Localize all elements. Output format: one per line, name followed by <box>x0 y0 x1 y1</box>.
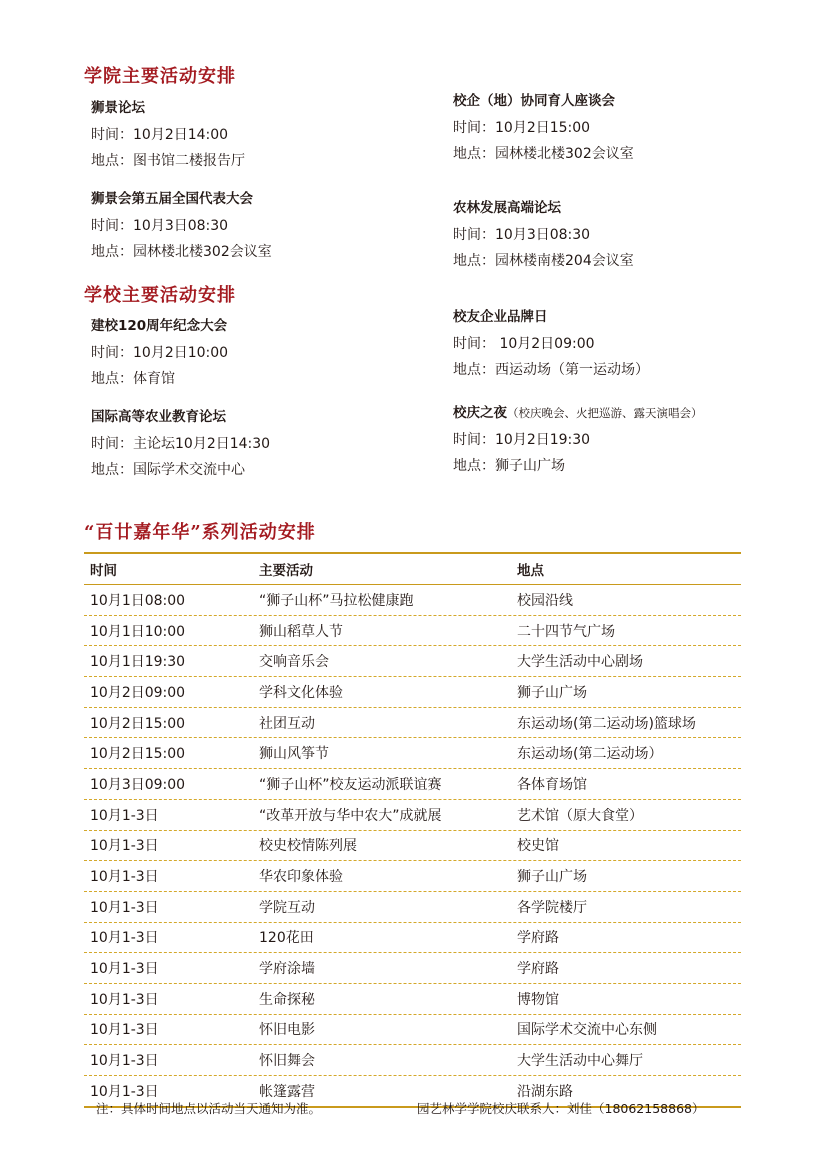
event-time: 时间：10月3日08:30 <box>453 226 634 244</box>
event-place: 地点：国际学术交流中心 <box>91 461 270 479</box>
event-name-main: 校庆之夜 <box>453 405 507 421</box>
cell-time: 10月2日15:00 <box>84 743 253 763</box>
cell-place: 博物馆 <box>511 989 741 1009</box>
cell-time: 10月1日08:00 <box>84 590 253 610</box>
cell-activity: 怀旧电影 <box>253 1019 511 1039</box>
event-name: 狮景会第五届全国代表大会 <box>91 191 272 207</box>
event-time: 时间：10月2日10:00 <box>91 344 228 362</box>
cell-activity: 学院互动 <box>253 897 511 917</box>
cell-place: 大学生活动中心舞厅 <box>511 1050 741 1070</box>
cell-place: 校园沿线 <box>511 590 741 610</box>
cell-place: 狮子山广场 <box>511 866 741 886</box>
cell-activity: 社团互动 <box>253 713 511 733</box>
event-place: 地点：园林楼南楼204会议室 <box>453 252 634 270</box>
table-header-row: 时间 主要活动 地点 <box>84 552 741 585</box>
event-place: 地点：图书馆二楼报告厅 <box>91 152 245 170</box>
table-row: 10月1-3日“改革开放与华中农大”成就展艺术馆（原大食堂） <box>84 800 741 831</box>
college-event-4: 农林发展高端论坛 时间：10月3日08:30 地点：园林楼南楼204会议室 <box>453 200 634 278</box>
event-place: 地点：狮子山广场 <box>453 457 703 475</box>
event-time: 时间：10月2日14:00 <box>91 126 245 144</box>
event-name-sub: （校庆晚会、火把巡游、露天演唱会） <box>507 406 703 420</box>
event-name: 校友企业品牌日 <box>453 309 649 325</box>
cell-activity: 校史校情陈列展 <box>253 835 511 855</box>
school-event-4: 校庆之夜（校庆晚会、火把巡游、露天演唱会） 时间：10月2日19:30 地点：狮… <box>453 405 703 483</box>
event-time: 时间：10月2日15:00 <box>453 119 634 137</box>
event-name: 国际高等农业教育论坛 <box>91 409 270 425</box>
cell-activity: 怀旧舞会 <box>253 1050 511 1070</box>
cell-time: 10月1-3日 <box>84 835 253 855</box>
event-name: 农林发展高端论坛 <box>453 200 634 216</box>
cell-place: 学府路 <box>511 927 741 947</box>
event-time: 时间：10月3日08:30 <box>91 217 272 235</box>
school-event-2: 国际高等农业教育论坛 时间：主论坛10月2日14:30 地点：国际学术交流中心 <box>91 409 270 487</box>
college-event-1: 狮景论坛 时间：10月2日14:00 地点：图书馆二楼报告厅 <box>91 100 245 178</box>
cell-activity: 生命探秘 <box>253 989 511 1009</box>
table-row: 10月2日09:00学科文化体验狮子山广场 <box>84 677 741 708</box>
college-section-title: 学院主要活动安排 <box>84 62 236 88</box>
cell-place: 狮子山广场 <box>511 682 741 702</box>
event-place: 地点：园林楼北楼302会议室 <box>453 145 634 163</box>
cell-time: 10月1-3日 <box>84 805 253 825</box>
cell-time: 10月2日15:00 <box>84 713 253 733</box>
school-section-title: 学校主要活动安排 <box>84 281 236 307</box>
table-row: 10月1-3日校史校情陈列展校史馆 <box>84 831 741 862</box>
table-row: 10月3日09:00“狮子山杯”校友运动派联谊赛各体育场馆 <box>84 769 741 800</box>
cell-activity: 学府涂墙 <box>253 958 511 978</box>
cell-place: 沿湖东路 <box>511 1081 741 1101</box>
cell-time: 10月1-3日 <box>84 1050 253 1070</box>
header-place: 地点 <box>511 559 741 579</box>
series-schedule-table: 时间 主要活动 地点 10月1日08:00“狮子山杯”马拉松健康跑校园沿线10月… <box>84 552 741 1108</box>
cell-time: 10月1-3日 <box>84 866 253 886</box>
header-time: 时间 <box>84 559 253 579</box>
table-row: 10月2日15:00社团互动东运动场(第二运动场)篮球场 <box>84 708 741 739</box>
school-event-1: 建校120周年纪念大会 时间：10月2日10:00 地点：体育馆 <box>91 318 228 396</box>
table-row: 10月1-3日120花田学府路 <box>84 923 741 954</box>
cell-place: 东运动场(第二运动场)篮球场 <box>511 713 741 733</box>
event-name: 校庆之夜（校庆晚会、火把巡游、露天演唱会） <box>453 405 703 421</box>
event-time: 时间： 10月2日09:00 <box>453 335 649 353</box>
cell-time: 10月1-3日 <box>84 958 253 978</box>
cell-time: 10月1日19:30 <box>84 651 253 671</box>
table-row: 10月1-3日学院互动各学院楼厅 <box>84 892 741 923</box>
footer-contact: 园艺林学学院校庆联系人：刘佳（18062158868） <box>417 1099 704 1117</box>
header-activity: 主要活动 <box>253 559 511 579</box>
cell-activity: 120花田 <box>253 927 511 947</box>
college-event-2: 狮景会第五届全国代表大会 时间：10月3日08:30 地点：园林楼北楼302会议… <box>91 191 272 269</box>
event-place: 地点：园林楼北楼302会议室 <box>91 243 272 261</box>
footer-note: 注：具体时间地点以活动当天通知为准。 <box>96 1099 321 1117</box>
series-section-title: “百廿嘉年华”系列活动安排 <box>84 518 316 544</box>
cell-time: 10月3日09:00 <box>84 774 253 794</box>
cell-time: 10月1日10:00 <box>84 621 253 641</box>
table-row: 10月1-3日华农印象体验狮子山广场 <box>84 861 741 892</box>
college-event-3: 校企（地）协同育人座谈会 时间：10月2日15:00 地点：园林楼北楼302会议… <box>453 93 634 171</box>
cell-time: 10月2日09:00 <box>84 682 253 702</box>
event-time: 时间：主论坛10月2日14:30 <box>91 435 270 453</box>
table-row: 10月1日10:00狮山稻草人节二十四节气广场 <box>84 616 741 647</box>
table-row: 10月1-3日生命探秘博物馆 <box>84 984 741 1015</box>
event-time: 时间：10月2日19:30 <box>453 431 703 449</box>
cell-activity: 华农印象体验 <box>253 866 511 886</box>
cell-place: 大学生活动中心剧场 <box>511 651 741 671</box>
cell-place: 艺术馆（原大食堂） <box>511 805 741 825</box>
cell-activity: 学科文化体验 <box>253 682 511 702</box>
table-row: 10月1日19:30交响音乐会大学生活动中心剧场 <box>84 646 741 677</box>
cell-activity: “狮子山杯”校友运动派联谊赛 <box>253 774 511 794</box>
table-row: 10月1-3日学府涂墙学府路 <box>84 953 741 984</box>
cell-place: 各学院楼厅 <box>511 897 741 917</box>
cell-activity: “改革开放与华中农大”成就展 <box>253 805 511 825</box>
cell-place: 学府路 <box>511 958 741 978</box>
cell-activity: 帐篷露营 <box>253 1081 511 1101</box>
event-name: 校企（地）协同育人座谈会 <box>453 93 634 109</box>
cell-place: 国际学术交流中心东侧 <box>511 1019 741 1039</box>
cell-time: 10月1-3日 <box>84 1081 253 1101</box>
event-name: 建校120周年纪念大会 <box>91 318 228 334</box>
cell-time: 10月1-3日 <box>84 1019 253 1039</box>
table-row: 10月2日15:00狮山风筝节东运动场(第二运动场） <box>84 738 741 769</box>
table-row: 10月1日08:00“狮子山杯”马拉松健康跑校园沿线 <box>84 585 741 616</box>
cell-place: 东运动场(第二运动场） <box>511 743 741 763</box>
cell-activity: 交响音乐会 <box>253 651 511 671</box>
cell-place: 校史馆 <box>511 835 741 855</box>
table-row: 10月1-3日怀旧电影国际学术交流中心东侧 <box>84 1015 741 1046</box>
cell-activity: “狮子山杯”马拉松健康跑 <box>253 590 511 610</box>
cell-place: 各体育场馆 <box>511 774 741 794</box>
table-row: 10月1-3日怀旧舞会大学生活动中心舞厅 <box>84 1045 741 1076</box>
cell-time: 10月1-3日 <box>84 989 253 1009</box>
event-place: 地点：西运动场（第一运动场） <box>453 361 649 379</box>
cell-activity: 狮山稻草人节 <box>253 621 511 641</box>
cell-place: 二十四节气广场 <box>511 621 741 641</box>
cell-time: 10月1-3日 <box>84 897 253 917</box>
cell-time: 10月1-3日 <box>84 927 253 947</box>
school-event-3: 校友企业品牌日 时间： 10月2日09:00 地点：西运动场（第一运动场） <box>453 309 649 387</box>
event-place: 地点：体育馆 <box>91 370 228 388</box>
event-name: 狮景论坛 <box>91 100 245 116</box>
cell-activity: 狮山风筝节 <box>253 743 511 763</box>
